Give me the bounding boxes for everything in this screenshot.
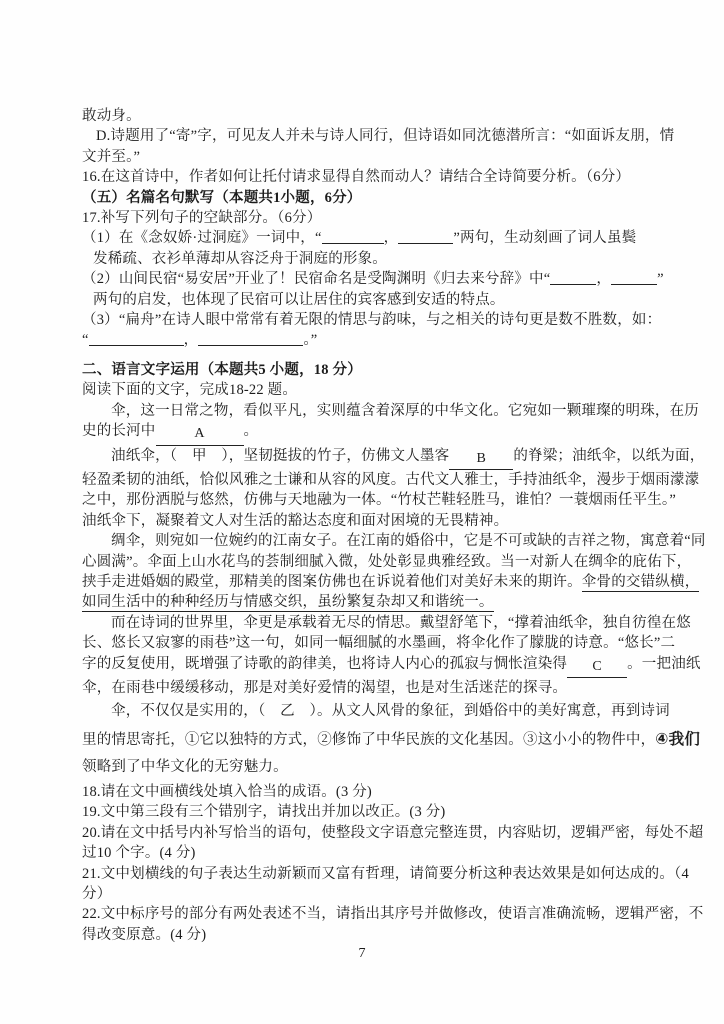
text-run: 史的长河中: [82, 423, 156, 439]
option-d-line-2: 文并至。”: [82, 147, 660, 167]
answer-blank: [322, 231, 384, 244]
passage-p5-line-1: 伞，不仅仅是实用的，（ 乙 ）。从文人风骨的象征，到婚俗中的美好寓意，再到诗词: [82, 698, 660, 726]
q17-item-1-line-2: 发稀疏、衣衫单薄却从容泛舟于洞庭的形象。: [82, 249, 660, 269]
question-21-line-1: 21.文中划横线的句子表达生动新颖而又富有哲理，请简要分析这种表达效果是如何达成…: [82, 864, 660, 884]
passage-p4-line-4: 伞，在雨巷中缓缓移动，那是对美好爱情的渴望，也是对生活迷茫的探寻。: [82, 678, 660, 698]
q17-item-3-line-2: “，。”: [82, 330, 660, 350]
passage-p1-line-1: 伞，这一日常之物，看似平凡，实则蕴含着深厚的中华文化。它宛如一颗璀璨的明珠，在历: [82, 401, 660, 421]
question-18: 18.请在文中画横线处填入恰当的成语。(3 分): [82, 782, 660, 802]
numbered-clause-4: ④我们: [655, 731, 700, 748]
answer-blank: [398, 231, 453, 244]
question-22-line-2: 得改变原意。(4 分): [82, 925, 660, 945]
text-run: ，: [184, 332, 199, 348]
blank-label-b: B: [449, 449, 513, 470]
question-16: 16.在这首诗中，作者如何让托付请求显得自然而动人？请结合全诗简要分析。（6分）: [82, 167, 660, 187]
passage-p3-line-4: 如同生活中的种种经历与情感交织，虽纷繁复杂却又和谐统一。: [82, 592, 660, 612]
passage-p5-line-3: 领略到了中华文化的无穷魅力。: [82, 754, 660, 782]
passage-p3-line-2: 心圆满”。伞面上山水花鸟的荟制细腻入微，处处彰显典雅经致。当一对新人在绸伞的庇佑…: [82, 552, 660, 572]
blank-label-c: C: [567, 657, 627, 678]
passage-p3-line-3: 挟手走进婚姻的殿堂，那精美的图案仿佛也在诉说着他们对美好未来的期许。伞骨的交错纵…: [82, 572, 660, 592]
text-run: “: [82, 332, 89, 348]
section-heading-language-use: 二、语言文字运用（本题共5 小题，18 分）: [82, 360, 660, 380]
passage-p4-line-3: 字的反复使用，既增强了诗歌的韵律美，也将诗人内心的孤寂与惆怅渲染得C。一把油纸: [82, 654, 660, 678]
text-run: 里的情思寄托，①它以独特的方式，②修饰了中华民族的文化基因。③这小小的物件中，: [82, 732, 655, 748]
text-run: ”: [657, 271, 664, 287]
passage-p4-line-1: 而在诗词的世界里，伞更是承载着无尽的情思。戴望舒笔下，“撑着油纸伞，独自彷徨在悠: [82, 613, 660, 633]
passage-p1-line-2: 史的长河中A。: [82, 421, 660, 445]
underlined-sentence-part-1: 伞骨的交错纵横，: [582, 574, 700, 592]
answer-blank: [89, 333, 184, 346]
text-run: 字的反复使用，既增强了诗歌的韵律美，也将诗人内心的孤寂与惆怅渲染得: [82, 656, 567, 672]
passage-p5-line-2: 里的情思寄托，①它以独特的方式，②修饰了中华民族的文化基因。③这小小的物件中，④…: [82, 726, 660, 755]
section-heading-dictation: （五）名篇名句默写（本题共1小题，6分）: [82, 188, 660, 208]
question-21-line-2: 分）: [82, 884, 660, 904]
passage-p2-line-4: 油纸伞下，凝聚着文人对生活的豁达态度和面对困境的无畏精神。: [82, 511, 660, 531]
answer-blank: [550, 272, 596, 285]
text-run: 。一把油纸: [627, 656, 701, 672]
passage-p2-line-1: 油纸伞，（ 甲 ），坚韧挺拔的竹子，仿佛文人墨客B的脊梁；油纸伞，以纸为面，: [82, 446, 660, 470]
answer-blank: [611, 272, 657, 285]
text-run: ”两句，生动刻画了词人虽鬓: [453, 230, 636, 246]
answer-blank: [198, 333, 303, 346]
passage-p2-line-2: 轻盈柔韧的油纸，恰似风雅之士谦和从容的风度。古代文人雅士，手持油纸伞，漫步于烟雨…: [82, 470, 660, 490]
passage-p3-line-1: 绸伞，则宛如一位婉约的江南女子。在江南的婚俗中，它是不可或缺的吉祥之物，寓意着“…: [82, 531, 660, 551]
question-20-line-1: 20.请在文中括号内补写恰当的语句，使整段文字语意完整连贯，内容贴切，逻辑严密，…: [82, 823, 660, 843]
q17-item-3-line-1: （3）“扁舟”在诗人眼中常常有着无限的情思与韵味，与之相关的诗句更是数不胜数，如…: [82, 310, 660, 330]
text-run: 的脊梁；油纸伞，以纸为面，: [513, 448, 704, 464]
text-run: （1）在《念奴娇·过洞庭》一词中，“: [82, 230, 322, 246]
underlined-sentence-part-2: 如同生活中的种种经历与情感交织，虽纷繁复杂却又和谐统一。: [82, 594, 494, 612]
text-run: （2）山间民宿“易安居”开业了！民宿命名是受陶渊明《归去来兮辞》中“: [82, 271, 550, 287]
passage-p2-line-3: 之中，那份洒脱与悠然，仿佛与天地融为一体。“竹杖芒鞋轻胜马，谁怕？一蓑烟雨任平生…: [82, 490, 660, 510]
text-run: 挟手走进婚姻的殿堂，那精美的图案仿佛也在诉说着他们对美好未来的期许。: [82, 574, 582, 590]
text-run: 油纸伞，（ 甲 ），坚韧挺拔的竹子，仿佛文人墨客: [111, 448, 449, 464]
exam-paper-page: 敢动身。 D.诗题用了“寄”字，可见友人并未与诗人同行，但诗语如同沈德潜所言：“…: [0, 0, 724, 1024]
q17-item-2-line-2: 两句的启发，也体现了民宿可以让居住的宾客感到安适的特点。: [82, 290, 660, 310]
option-d-line-1: D.诗题用了“寄”字，可见友人并未与诗人同行，但诗语如同沈德潜所言：“如面诉友朋…: [82, 126, 660, 146]
question-17: 17.补写下列句子的空缺部分。（6分）: [82, 208, 660, 228]
blank-label-a: A: [156, 424, 244, 445]
question-20-line-2: 过10 个字。(4 分): [82, 843, 660, 863]
text-run: 。: [244, 423, 259, 439]
question-22-line-1: 22.文中标序号的部分有两处表述不当，请指出其序号并做修改，使语言准确流畅，逻辑…: [82, 904, 660, 924]
q17-item-1-line-1: （1）在《念奴娇·过洞庭》一词中，“，”两句，生动刻画了词人虽鬓: [82, 228, 660, 248]
passage-instruction: 阅读下面的文字，完成18-22 题。: [82, 380, 660, 400]
text-run: 。”: [303, 332, 317, 348]
text-run: ，: [384, 230, 399, 246]
page-content: 敢动身。 D.诗题用了“寄”字，可见友人并未与诗人同行，但诗语如同沈德潜所言：“…: [82, 106, 660, 945]
q17-item-2-line-1: （2）山间民宿“易安居”开业了！民宿命名是受陶渊明《归去来兮辞》中“，”: [82, 269, 660, 289]
option-c-tail-line: 敢动身。: [82, 106, 660, 126]
text-run: ，: [596, 271, 611, 287]
passage-p4-line-2: 长、悠长又寂寥的雨巷”这一句，如同一幅细腻的水墨画，将伞化作了朦胧的诗意。“悠长…: [82, 633, 660, 653]
question-19: 19.文中第三段有三个错别字，请找出并加以改正。(3 分): [82, 802, 660, 822]
page-number: 7: [0, 946, 724, 962]
